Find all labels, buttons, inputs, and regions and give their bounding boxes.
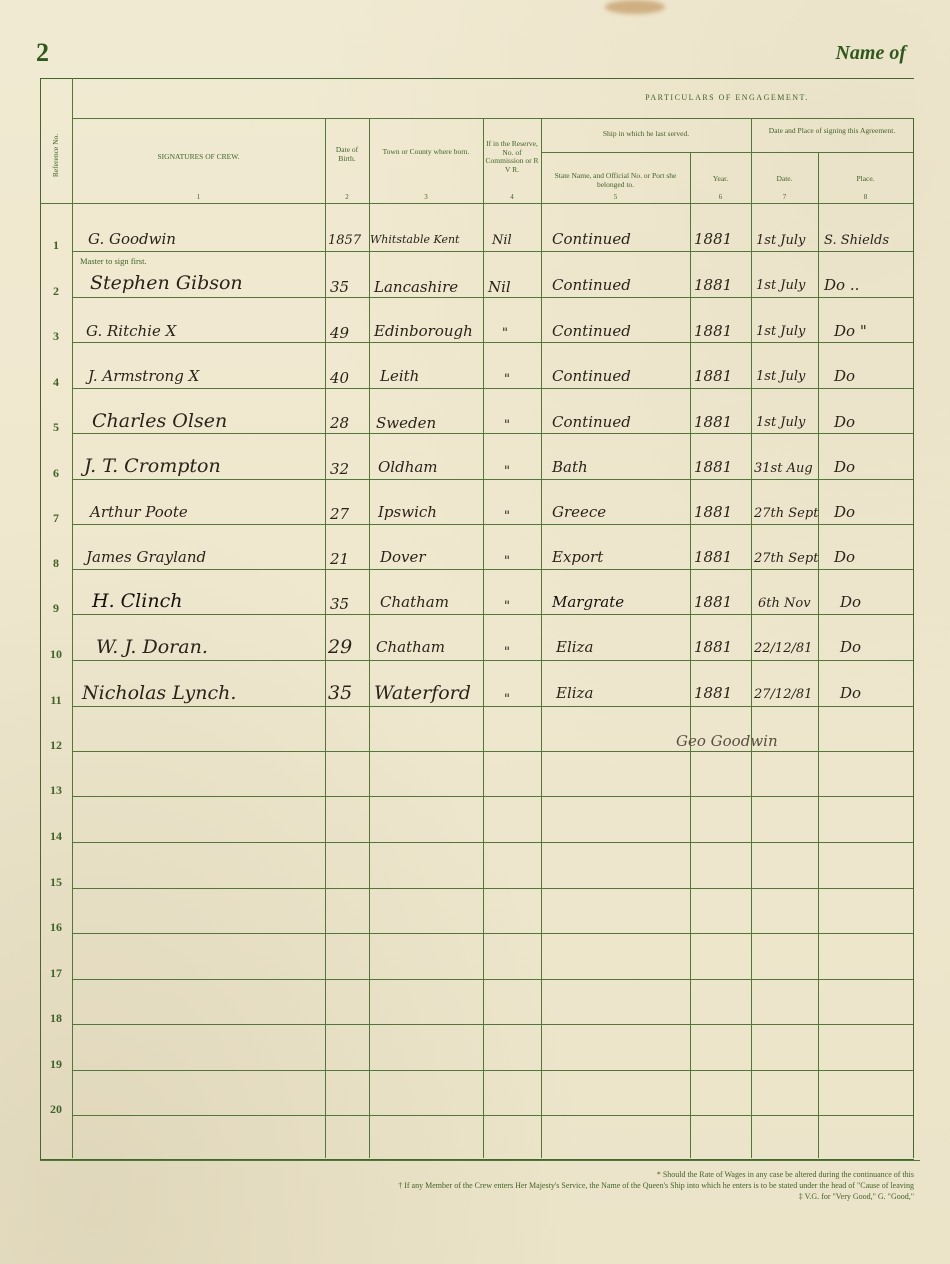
reserve-no: " bbox=[504, 509, 510, 524]
header-subdivider bbox=[541, 152, 913, 153]
birthplace: Sweden bbox=[376, 414, 436, 432]
sign-date: 22/12/81 bbox=[754, 641, 812, 656]
ref-number: 13 bbox=[44, 783, 68, 798]
ref-number: 2 bbox=[44, 284, 68, 299]
col1-number: 1 bbox=[72, 193, 325, 201]
last-ship: Margrate bbox=[552, 593, 624, 611]
sign-place: Do " bbox=[834, 322, 867, 340]
birthplace: Chatham bbox=[380, 593, 449, 611]
sign-date: 1st July bbox=[756, 278, 805, 293]
birth-year: 35 bbox=[330, 595, 349, 613]
birth-year: 40 bbox=[330, 369, 349, 387]
row-line-19 bbox=[72, 1070, 913, 1071]
sign-date: 1st July bbox=[756, 233, 805, 248]
row-line-10 bbox=[72, 660, 913, 661]
birth-year: 29 bbox=[328, 636, 352, 658]
master-countersignature: Geo Goodwin bbox=[676, 732, 778, 750]
birthplace: Ipswich bbox=[378, 503, 437, 521]
row-line-18 bbox=[72, 1024, 913, 1025]
reserve-no: Nil bbox=[488, 278, 511, 296]
sign-place: S. Shields bbox=[824, 233, 889, 248]
col4-number: 4 bbox=[483, 193, 541, 201]
sign-date: 31st Aug bbox=[754, 461, 813, 476]
year: 1881 bbox=[694, 458, 732, 476]
last-ship: Continued bbox=[552, 413, 631, 431]
sign-place: Do bbox=[834, 548, 855, 566]
last-ship: Continued bbox=[552, 230, 631, 248]
col5-number: 5 bbox=[541, 193, 690, 201]
last-ship: Eliza bbox=[556, 684, 593, 702]
col6-number: 6 bbox=[690, 193, 751, 201]
col-line-4 bbox=[541, 118, 542, 1158]
sign-group-header: Date and Place of signing this Agreement… bbox=[751, 127, 913, 136]
last-ship: Continued bbox=[552, 322, 631, 340]
birth-year: 27 bbox=[330, 505, 349, 523]
row-line-5 bbox=[72, 433, 913, 434]
ref-number: 9 bbox=[44, 601, 68, 616]
last-ship: Greece bbox=[552, 503, 606, 521]
reference-no-header: Reference No. bbox=[42, 115, 70, 195]
row-line-14 bbox=[72, 842, 913, 843]
reserve-no: " bbox=[504, 692, 510, 707]
footnote-service: † If any Member of the Crew enters Her M… bbox=[398, 1181, 914, 1190]
master-note: Master to sign first. bbox=[80, 256, 147, 266]
crew-signature: W. J. Doran. bbox=[96, 636, 208, 658]
crew-signature: J. T. Crompton bbox=[84, 455, 221, 477]
sign-date: 27/12/81 bbox=[754, 687, 812, 702]
crew-signature: H. Clinch bbox=[92, 590, 182, 612]
sign-place: Do bbox=[834, 367, 855, 385]
sign-date: 1st July bbox=[756, 369, 805, 384]
col2-number: 2 bbox=[325, 193, 369, 201]
sign-place: Do bbox=[834, 413, 855, 431]
footnote-grading: ‡ V.G. for "Very Good," G. "Good," bbox=[799, 1192, 914, 1201]
row-line-9 bbox=[72, 614, 913, 615]
birth-year: 35 bbox=[330, 278, 349, 296]
last-ship: Continued bbox=[552, 367, 631, 385]
reserve-no: " bbox=[502, 326, 508, 341]
col7-number: 7 bbox=[751, 193, 818, 201]
birth-year: 35 bbox=[328, 682, 352, 704]
year: 1881 bbox=[694, 413, 732, 431]
sign-place: Do bbox=[840, 638, 861, 656]
page-number: 2 bbox=[36, 38, 49, 68]
row-line-4 bbox=[72, 388, 913, 389]
birth-year: 32 bbox=[330, 460, 349, 478]
sign-place: Do bbox=[840, 593, 861, 611]
crew-signature: G. Goodwin bbox=[88, 230, 176, 248]
sign-place: Do bbox=[834, 503, 855, 521]
row-line-17 bbox=[72, 979, 913, 980]
birthplace: Waterford bbox=[374, 682, 471, 704]
year: 1881 bbox=[694, 230, 732, 248]
crew-signature: Nicholas Lynch. bbox=[82, 682, 236, 704]
reserve-no: " bbox=[504, 372, 510, 387]
birth-year: 49 bbox=[330, 324, 349, 342]
crew-signature: J. Armstrong X bbox=[88, 367, 199, 385]
row-line-7 bbox=[72, 524, 913, 525]
page-heading: Name of bbox=[835, 42, 906, 65]
sign-place: Do bbox=[834, 458, 855, 476]
year: 1881 bbox=[694, 684, 732, 702]
reserve-no: " bbox=[504, 599, 510, 614]
year: 1881 bbox=[694, 638, 732, 656]
engagement-header: PARTICULARS OF ENGAGEMENT. bbox=[541, 94, 913, 103]
last-ship: Export bbox=[552, 548, 603, 566]
ref-number: 7 bbox=[44, 511, 68, 526]
row-line-6 bbox=[72, 479, 913, 480]
crew-signature: James Grayland bbox=[86, 548, 206, 566]
col4-header: If in the Reserve, No. of Commission or … bbox=[485, 140, 539, 174]
reserve-no: Nil bbox=[492, 233, 512, 248]
crew-signature: Arthur Poote bbox=[90, 503, 188, 521]
reserve-no: " bbox=[504, 464, 510, 479]
row-line-15 bbox=[72, 888, 913, 889]
ref-number: 12 bbox=[44, 738, 68, 753]
row-line-11 bbox=[72, 706, 913, 707]
birthplace: Chatham bbox=[376, 638, 445, 656]
last-ship: Bath bbox=[552, 458, 588, 476]
reserve-no: " bbox=[504, 645, 510, 660]
header-divider bbox=[72, 118, 913, 119]
last-ship: Eliza bbox=[556, 638, 593, 656]
sign-place: Do .. bbox=[824, 276, 859, 294]
col-line-3 bbox=[483, 118, 484, 1158]
row-line-16 bbox=[72, 933, 913, 934]
sign-date: 1st July bbox=[756, 324, 805, 339]
year: 1881 bbox=[694, 593, 732, 611]
birthplace: Oldham bbox=[378, 458, 438, 476]
birthplace: Leith bbox=[380, 367, 419, 385]
row-line-1 bbox=[72, 251, 913, 252]
reserve-no: " bbox=[504, 554, 510, 569]
ship-group-header: Ship in which he last served. bbox=[541, 130, 751, 139]
sign-date: 27th Sept bbox=[754, 506, 818, 521]
sign-date: 6th Nov bbox=[758, 596, 811, 611]
col-line-5 bbox=[690, 152, 691, 1158]
col-line-ref bbox=[72, 78, 73, 1158]
row-line-2 bbox=[72, 297, 913, 298]
birthplace: Whitstable Kent bbox=[370, 233, 459, 246]
birth-year: 28 bbox=[330, 414, 349, 432]
ref-number: 18 bbox=[44, 1011, 68, 1026]
row-line-13 bbox=[72, 796, 913, 797]
year: 1881 bbox=[694, 322, 732, 340]
col8-number: 8 bbox=[818, 193, 913, 201]
ref-number: 17 bbox=[44, 966, 68, 981]
ref-number: 19 bbox=[44, 1057, 68, 1072]
col3-header: Town or County where born. bbox=[371, 148, 481, 157]
header-bottom-line bbox=[40, 203, 913, 204]
ref-number: 3 bbox=[44, 329, 68, 344]
crew-signature: Stephen Gibson bbox=[90, 272, 243, 294]
col2-header: Date of Birth. bbox=[327, 146, 367, 163]
table-right-border bbox=[913, 118, 914, 1158]
ref-number: 20 bbox=[44, 1102, 68, 1117]
birth-year: 1857 bbox=[328, 233, 361, 248]
ref-number: 15 bbox=[44, 875, 68, 890]
ref-number: 10 bbox=[44, 647, 68, 662]
paper-stain bbox=[605, 0, 665, 14]
ref-number: 6 bbox=[44, 466, 68, 481]
sign-date: 27th Sept bbox=[754, 551, 818, 566]
year: 1881 bbox=[694, 548, 732, 566]
col-line-7 bbox=[818, 152, 819, 1158]
col-line-6 bbox=[751, 118, 752, 1158]
ref-number: 16 bbox=[44, 920, 68, 935]
col8-header: Place. bbox=[818, 175, 913, 184]
col6-header: Year. bbox=[690, 175, 751, 184]
row-line-3 bbox=[72, 342, 913, 343]
reserve-no: " bbox=[504, 418, 510, 433]
birthplace: Dover bbox=[380, 548, 426, 566]
row-line-12 bbox=[72, 751, 913, 752]
ref-number: 8 bbox=[44, 556, 68, 571]
col1-header: SIGNATURES OF CREW. bbox=[72, 153, 325, 162]
footnote-wages: * Should the Rate of Wages in any case b… bbox=[657, 1170, 914, 1179]
year: 1881 bbox=[694, 276, 732, 294]
crew-signature: Charles Olsen bbox=[92, 410, 227, 432]
birthplace: Edinborough bbox=[374, 322, 473, 340]
ref-number: 14 bbox=[44, 829, 68, 844]
row-line-8 bbox=[72, 569, 913, 570]
birth-year: 21 bbox=[330, 550, 349, 568]
year: 1881 bbox=[694, 503, 732, 521]
ref-number: 11 bbox=[44, 693, 68, 708]
sign-place: Do bbox=[840, 684, 861, 702]
col3-number: 3 bbox=[369, 193, 483, 201]
col-line-1 bbox=[325, 118, 326, 1158]
row-line-20 bbox=[72, 1115, 913, 1116]
ref-number: 1 bbox=[44, 238, 68, 253]
col5-header: State Name, and Official No. or Port she… bbox=[545, 172, 686, 189]
ref-number: 5 bbox=[44, 420, 68, 435]
birthplace: Lancashire bbox=[374, 278, 458, 296]
footer-divider bbox=[40, 1160, 920, 1161]
sign-date: 1st July bbox=[756, 415, 805, 430]
crew-signature: G. Ritchie X bbox=[86, 322, 176, 340]
ref-number: 4 bbox=[44, 375, 68, 390]
year: 1881 bbox=[694, 367, 732, 385]
last-ship: Continued bbox=[552, 276, 631, 294]
col-line-2 bbox=[369, 118, 370, 1158]
col7-header: Date. bbox=[751, 175, 818, 184]
